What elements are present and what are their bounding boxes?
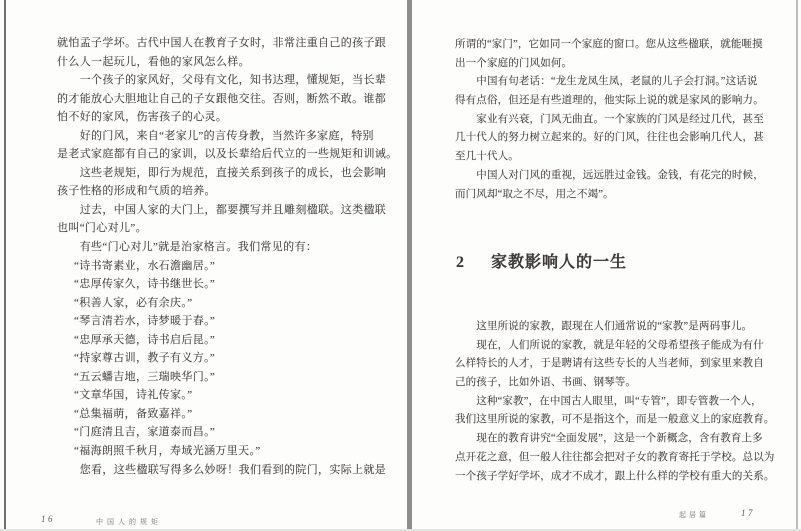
text-line: 么样特长的人才，于是聘请有这些专长的人当老师，到家里来教自: [455, 355, 775, 374]
text-line: 好的门风，来自“老家儿”的言传身教，当然许多家庭，特别: [57, 127, 399, 146]
text-line: 什么人一起玩儿，看他的家风怎么样。: [57, 53, 399, 72]
text-line: 家业有兴衰，门风无曲直。一个家族的门风是经过几代，甚至: [455, 111, 775, 130]
text-line: 一个孩子学好学坏，成才不成才，跟上什么样的学校有重大的关系。: [455, 468, 775, 487]
right-page-number: 17: [741, 508, 755, 518]
text-line: 就怕孟子学坏。古代中国人在教育子女时，非常注重自己的孩子跟: [57, 34, 399, 53]
right-page-text-block-top: 所谓的“家门”，它如同一个家庭的窗口。您从这些楹联，就能咂摸出一个家庭的门风如何…: [455, 36, 775, 204]
text-line: “门庭清且吉，家道泰而昌。”: [57, 423, 399, 442]
text-line: 有些“门心对儿”就是治家格言。我们常见的有：: [57, 238, 399, 257]
text-line: 一个孩子的家风好，父母有文化，知书达理，懂规矩，当长辈: [57, 71, 399, 90]
right-page-text-block-bottom: 这里所说的家教，跟现在人们通常说的“家教”是两码事儿。 现在，人们所说的家教，就…: [455, 318, 775, 486]
left-page-number: 16: [41, 514, 55, 524]
page-gutter-divider: [407, 0, 412, 531]
right-page-edge-line: [796, 0, 798, 531]
book-title-footer: 中国人的规矩: [96, 517, 162, 527]
text-line: 也叫“门心对儿”。: [57, 219, 399, 238]
section-title: 家教影响人的一生: [491, 254, 627, 271]
text-line: 点开花之意，但一般人往往都会把对子女的教育寄托于学校。总以为: [455, 449, 775, 468]
text-line: “忠厚承天德，诗书启后昆。”: [57, 331, 399, 350]
left-page-text-block: 就怕孟子学坏。古代中国人在教育子女时，非常注重自己的孩子跟什么人一起玩儿，看他的…: [57, 34, 399, 479]
text-line: 过去，中国人家的大门上，都要撰写并且雕刻楹联。这类楹联: [57, 201, 399, 220]
text-line: 得有点俗，但还是有些道理的，他实际上说的就是家风的影响力。: [455, 92, 775, 111]
text-line: 这些老规矩，即行为规范，直接关系到孩子的成长，也会影响: [57, 164, 399, 183]
section-heading: 2 家教影响人的一生: [456, 249, 627, 272]
chapter-footer: 起居篇: [679, 510, 709, 520]
text-line: 所谓的“家门”，它如同一个家庭的窗口。您从这些楹联，就能咂摸: [455, 36, 775, 55]
text-line: “文章华国，诗礼传家。”: [57, 386, 399, 405]
book-scan-viewer: 就怕孟子学坏。古代中国人在教育子女时，非常注重自己的孩子跟什么人一起玩儿，看他的…: [0, 0, 801, 531]
text-line: 中国有句老话：“龙生龙凤生凤，老鼠的儿子会打洞。”这话说: [455, 73, 775, 92]
text-line: 是老式家庭都有自己的家训，以及长辈给后代立的一些规矩和训诫。: [57, 145, 399, 164]
section-number: 2: [456, 254, 465, 271]
text-line: “积善人家，必有余庆。”: [57, 294, 399, 313]
text-line: “福海朗照千秋月，寿域光涵万里天。”: [57, 442, 399, 461]
text-line: 而门风却“取之不尽，用之不竭”。: [455, 186, 775, 205]
text-line: 己的孩子，比如外语、书画、钢琴等。: [455, 374, 775, 393]
text-line: 出一个家庭的门风如何。: [455, 55, 775, 74]
text-line: “总集福萌，备致嘉祥。”: [57, 405, 399, 424]
text-line: 现在的教育讲究“全面发展”，这是一个新概念，含有教育上多: [455, 430, 775, 449]
text-line: “持家尊古训，教子有义方。”: [57, 349, 399, 368]
text-line: 怕不好的家风，伤害孩子的心灵。: [57, 108, 399, 127]
text-line: 孩子性格的形成和气质的培养。: [57, 182, 399, 201]
text-line: 这里所说的家教，跟现在人们通常说的“家教”是两码事儿。: [455, 318, 775, 337]
text-line: 我们这里所说的家教，可不是指这个，而是一般意义上的家庭教育。: [455, 411, 775, 430]
text-line: “忠厚传家久，诗书继世长。”: [57, 275, 399, 294]
text-line: 几十代人的努力树立起来的。好的门风，往往也会影响几代人，甚: [455, 129, 775, 148]
text-line: 中国人对门风的重视，远远胜过金钱。金钱，有花完的时候，: [455, 167, 775, 186]
text-line: “诗书寄素业，水石澹幽居。”: [57, 257, 399, 276]
text-line: 您看，这些楹联写得多么妙呀！我们看到的院门，实际上就是: [57, 461, 399, 480]
text-line: “五云蟠吉地，三瑞映华门。”: [57, 368, 399, 387]
text-line: “琴言清若水，诗梦暖于春。”: [57, 312, 399, 331]
left-page-edge-line: [4, 0, 6, 531]
text-line: 现在，人们所说的家教，就是年轻的父母希望孩子能成为有什: [455, 337, 775, 356]
text-line: 至几十代人。: [455, 148, 775, 167]
text-line: 这种“家教”，在中国古人眼里，叫“专管”，即专管教一个人，: [455, 393, 775, 412]
text-line: 的才能放心大胆地让自己的子女跟他交往。否则，断然不敢。谁都: [57, 90, 399, 109]
